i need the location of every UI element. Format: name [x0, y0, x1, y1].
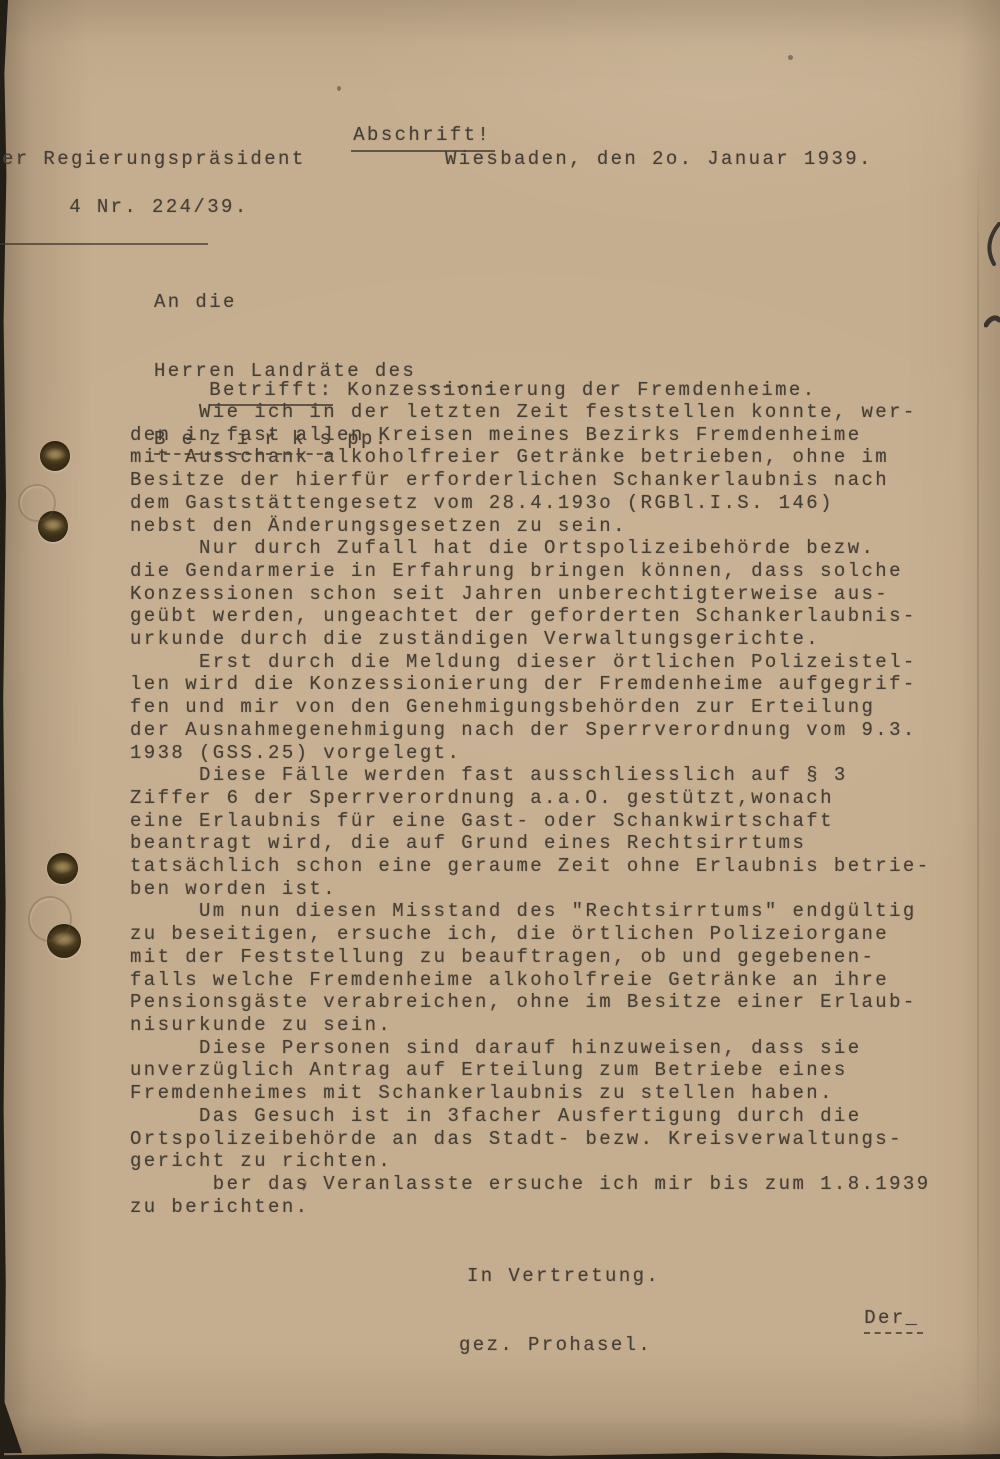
subject-underline-rule: -----	[427, 376, 496, 398]
body-line: der Ausnahmegenehmigung nach der Sperrve…	[130, 719, 931, 742]
embossed-ring	[18, 484, 56, 522]
body-line: Pensionsgäste verabreichen, ohne im Besi…	[130, 991, 931, 1014]
document-page: Abschrift! er Regierungspräsident Wiesba…	[0, 0, 1000, 1459]
body-line: ben worden ist.	[130, 878, 931, 901]
body-line: dem Gaststättengesetz vom 28.4.193o (RGB…	[130, 492, 931, 515]
body-line: Ziffer 6 der Sperrverordnung a.a.O. gest…	[130, 787, 931, 810]
body-line: Diese Fälle werden fast ausschliesslich …	[130, 764, 931, 787]
body-line: Diese Personen sind darauf hinzuweisen, …	[130, 1037, 931, 1060]
embossed-ring	[28, 896, 72, 942]
body-line: ber das Veranlasste ersuche ich mir bis …	[130, 1173, 931, 1196]
body-line: fen und mir von den Genehmigungsbehörden…	[130, 696, 931, 719]
footer-word-text: Der_	[864, 1307, 923, 1334]
body-line: Wie ich in der letzten Zeit feststellen …	[130, 401, 931, 424]
body-line: zu beseitigen, ersuche ich, die örtliche…	[130, 923, 931, 946]
body-line: zu berichten.	[130, 1196, 931, 1219]
body-line: falls welche Fremdenheime alkoholfreie G…	[130, 969, 931, 992]
body-line: len wird die Konzessionierung der Fremde…	[130, 673, 931, 696]
body-line: Ortspolizeibehörde an das Stadt- bezw. K…	[130, 1128, 931, 1151]
body-text: Wie ich in der letzten Zeit feststellen …	[130, 401, 931, 1218]
punch-hole	[47, 853, 78, 884]
pen-mark	[984, 314, 1000, 330]
dateline: Wiesbaden, den 2o. Januar 1939.	[445, 148, 873, 170]
footer-word: Der_	[809, 1285, 923, 1351]
body-line: Um nun diesen Misstand des "Rechtsirrtum…	[130, 900, 931, 923]
closing-block: In Vertretung. gez. Prohasel.	[467, 1220, 660, 1402]
body-line: nebst den Änderungsgesetzen zu sein.	[130, 515, 931, 538]
body-line: mit Ausschank alkoholfreier Getränke bet…	[130, 446, 931, 469]
recipient-line: An die	[154, 290, 416, 315]
body-line: Erst durch die Meldung dieser örtlichen …	[130, 651, 931, 674]
body-line: geübt werden, ungeachtet der geforderten…	[130, 605, 931, 628]
body-line: unverzüglich Antrag auf Erteilung zum Be…	[130, 1059, 931, 1082]
closing-line: gez. Prohasel.	[459, 1333, 660, 1358]
body-line: Konzessionen schon seit Jahren unberecht…	[130, 583, 931, 606]
body-line: tatsächlich schon eine geraume Zeit ohne…	[130, 855, 931, 878]
closing-line: In Vertretung.	[467, 1264, 660, 1289]
body-line: gericht zu richten.	[130, 1150, 931, 1173]
body-line: die Gendarmerie in Erfahrung bringen kön…	[130, 560, 931, 583]
body-line: mit der Feststellung zu beauftragen, ob …	[130, 946, 931, 969]
sender-line: er Regierungspräsident	[2, 148, 306, 170]
body-line: 1938 (GSS.25) vorgelegt.	[130, 742, 931, 765]
body-line: urkunde durch die zuständigen Verwaltung…	[130, 628, 931, 651]
punch-hole	[40, 441, 70, 471]
body-line: nisurkunde zu sein.	[130, 1014, 931, 1037]
ink-speck	[788, 55, 793, 60]
body-line: beantragt wird, die auf Grund eines Rech…	[130, 832, 931, 855]
reference-number-text: 4 Nr. 224/39.	[55, 196, 248, 218]
ink-speck	[337, 86, 341, 91]
paper-crease	[977, 160, 979, 1450]
body-line: eine Erlaubnis für eine Gast- oder Schan…	[130, 810, 931, 833]
torn-edge-bottom	[0, 1450, 1000, 1459]
body-line: Besitze der hierfür erforderlichen Schan…	[130, 469, 931, 492]
body-line: Das Gesuch ist in 3facher Ausfertigung d…	[130, 1105, 931, 1128]
reference-number: 4 Nr. 224/39.	[0, 174, 208, 245]
body-line: den in fast allen Kreisen meines Bezirks…	[130, 424, 931, 447]
subject-text: Konzessionierung der Fremdenheime.	[333, 379, 816, 401]
pen-mark	[984, 222, 1000, 268]
body-line: Fremdenheimes mit Schankerlaubnis zu ste…	[130, 1082, 931, 1105]
body-line: Nur durch Zufall hat die Ortspolizeibehö…	[130, 537, 931, 560]
